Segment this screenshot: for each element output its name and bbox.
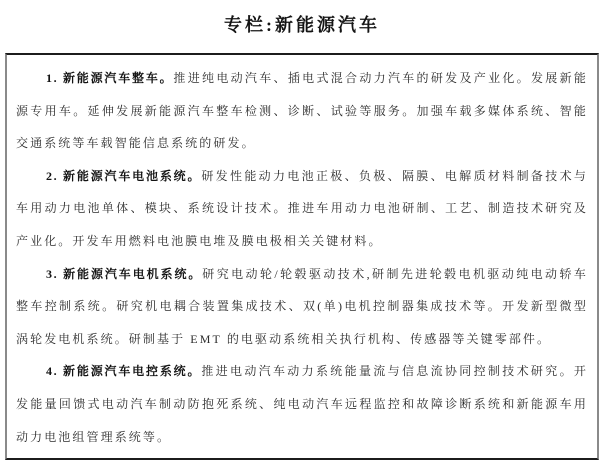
paragraph-motor: 3. 新能源汽车电机系统。研究电动轮/轮毂驱动技术,研制先进轮毂电机驱动纯电动轿… [16, 258, 588, 356]
paragraph-lead: 1. 新能源汽车整车。 [46, 71, 173, 85]
page-title: 专栏:新能源汽车 [0, 0, 604, 37]
paragraph-lead: 2. 新能源汽车电池系统。 [46, 169, 201, 183]
paragraph-battery: 2. 新能源汽车电池系统。研发性能动力电池正极、负极、隔膜、电解质材料制备技术与… [16, 160, 588, 258]
paragraph-vehicle: 1. 新能源汽车整车。推进纯电动汽车、插电式混合动力汽车的研发及产业化。发展新能… [16, 62, 588, 160]
paragraph-lead: 4. 新能源汽车电控系统。 [46, 364, 201, 378]
paragraph-lead: 3. 新能源汽车电机系统。 [46, 267, 202, 281]
callout-box: 1. 新能源汽车整车。推进纯电动汽车、插电式混合动力汽车的研发及产业化。发展新能… [5, 53, 599, 460]
paragraph-control: 4. 新能源汽车电控系统。推进电动汽车动力系统能量流与信息流协同控制技术研究。开… [16, 355, 588, 453]
